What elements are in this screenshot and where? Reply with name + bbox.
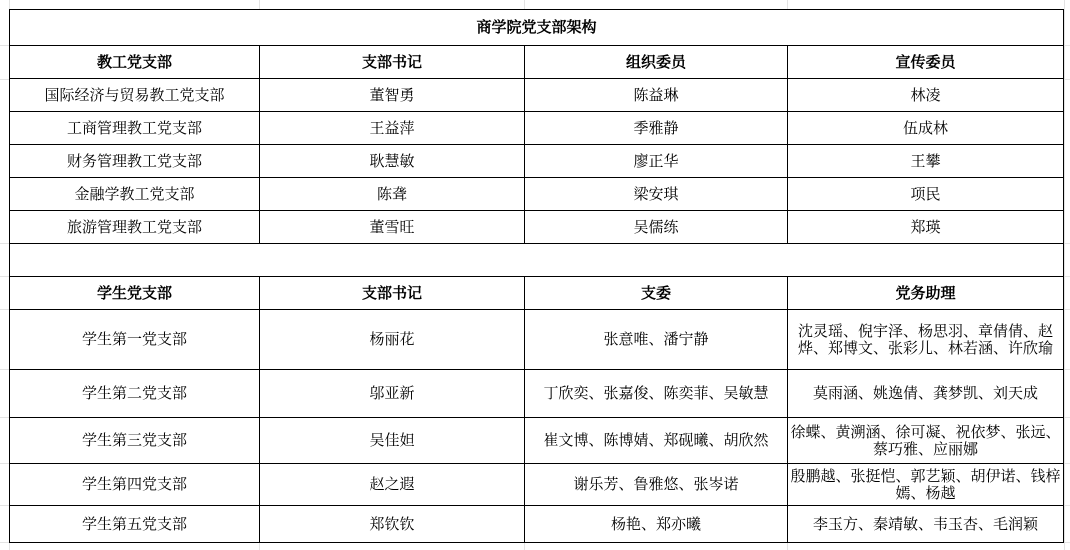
cell-organizer[interactable]: 梁安琪 [525,178,788,211]
table-row: 工商管理教工党支部 王益萍 季雅静 伍成林 [10,112,1064,145]
cell-secretary[interactable]: 耿慧敏 [260,145,525,178]
cell-branch[interactable]: 工商管理教工党支部 [10,112,260,145]
cell-branch[interactable]: 学生第四党支部 [10,464,260,506]
cell-assistants[interactable]: 李玉方、秦靖敏、韦玉杏、毛润颖 [788,506,1064,543]
table-row: 财务管理教工党支部 耿慧敏 廖正华 王攀 [10,145,1064,178]
cell-organizer[interactable]: 季雅静 [525,112,788,145]
cell-committee[interactable]: 谢乐芳、鲁雅悠、张岑诺 [525,464,788,506]
cell-committee[interactable]: 丁欣奕、张嘉俊、陈奕菲、吴敏慧 [525,370,788,418]
sheet-title[interactable]: 商学院党支部架构 [10,10,1064,46]
cell-branch[interactable]: 学生第五党支部 [10,506,260,543]
table-row: 学生第五党支部 郑钦钦 杨艳、郑亦曦 李玉方、秦靖敏、韦玉杏、毛润颖 [10,506,1064,543]
spacer-row [10,244,1064,277]
cell-publicity[interactable]: 郑瑛 [788,211,1064,244]
cell-committee[interactable]: 张意唯、潘宁静 [525,310,788,370]
cell-assistants[interactable]: 莫雨涵、姚逸倩、龚梦凯、刘天成 [788,370,1064,418]
cell-secretary[interactable]: 赵之遐 [260,464,525,506]
cell-organizer[interactable]: 廖正华 [525,145,788,178]
header-assistants[interactable]: 党务助理 [788,277,1064,310]
cell-branch[interactable]: 学生第二党支部 [10,370,260,418]
cell-assistants[interactable]: 徐蝶、黄溯涵、徐可凝、祝依梦、张远、蔡巧雅、应丽娜 [788,418,1064,464]
cell-branch[interactable]: 学生第一党支部 [10,310,260,370]
header-publicity[interactable]: 宣传委员 [788,46,1064,79]
faculty-header-row: 教工党支部 支部书记 组织委员 宣传委员 [10,46,1064,79]
cell-secretary[interactable]: 郑钦钦 [260,506,525,543]
cell-publicity[interactable]: 伍成林 [788,112,1064,145]
cell-secretary[interactable]: 董雪旺 [260,211,525,244]
table-row: 学生第四党支部 赵之遐 谢乐芳、鲁雅悠、张岑诺 殷鹏越、张挺恺、郭艺颖、胡伊诺、… [10,464,1064,506]
cell-organizer[interactable]: 陈益琳 [525,79,788,112]
header-secretary[interactable]: 支部书记 [260,46,525,79]
table-row: 旅游管理教工党支部 董雪旺 吴儒练 郑瑛 [10,211,1064,244]
cell-publicity[interactable]: 王攀 [788,145,1064,178]
header-secretary[interactable]: 支部书记 [260,277,525,310]
cell-branch[interactable]: 旅游管理教工党支部 [10,211,260,244]
cell-secretary[interactable]: 邬亚新 [260,370,525,418]
cell-branch[interactable]: 金融学教工党支部 [10,178,260,211]
student-header-row: 学生党支部 支部书记 支委 党务助理 [10,277,1064,310]
cell-branch[interactable]: 学生第三党支部 [10,418,260,464]
header-organizer[interactable]: 组织委员 [525,46,788,79]
cell-secretary[interactable]: 董智勇 [260,79,525,112]
table-row: 国际经济与贸易教工党支部 董智勇 陈益琳 林凌 [10,79,1064,112]
cell-secretary[interactable]: 吴佳妲 [260,418,525,464]
empty-merged-cell[interactable] [10,244,1064,277]
cell-assistants[interactable]: 殷鹏越、张挺恺、郭艺颖、胡伊诺、钱梓嫣、杨越 [788,464,1064,506]
table-row: 学生第一党支部 杨丽花 张意唯、潘宁静 沈灵瑶、倪宇泽、杨思羽、章倩倩、赵烨、郑… [10,310,1064,370]
table-row: 学生第二党支部 邬亚新 丁欣奕、张嘉俊、陈奕菲、吴敏慧 莫雨涵、姚逸倩、龚梦凯、… [10,370,1064,418]
party-branch-structure-table: 商学院党支部架构 教工党支部 支部书记 组织委员 宣传委员 国际经济与贸易教工党… [9,9,1064,543]
header-committee[interactable]: 支委 [525,277,788,310]
table-row: 学生第三党支部 吴佳妲 崔文博、陈博婧、郑砚曦、胡欣然 徐蝶、黄溯涵、徐可凝、祝… [10,418,1064,464]
header-faculty-branch[interactable]: 教工党支部 [10,46,260,79]
header-student-branch[interactable]: 学生党支部 [10,277,260,310]
cell-secretary[interactable]: 王益萍 [260,112,525,145]
cell-publicity[interactable]: 项民 [788,178,1064,211]
table-row: 金融学教工党支部 陈聋 梁安琪 项民 [10,178,1064,211]
cell-organizer[interactable]: 吴儒练 [525,211,788,244]
cell-committee[interactable]: 崔文博、陈博婧、郑砚曦、胡欣然 [525,418,788,464]
cell-secretary[interactable]: 杨丽花 [260,310,525,370]
cell-committee[interactable]: 杨艳、郑亦曦 [525,506,788,543]
cell-branch[interactable]: 国际经济与贸易教工党支部 [10,79,260,112]
cell-publicity[interactable]: 林凌 [788,79,1064,112]
cell-assistants[interactable]: 沈灵瑶、倪宇泽、杨思羽、章倩倩、赵烨、郑博文、张彩儿、林若涵、许欣瑜 [788,310,1064,370]
cell-branch[interactable]: 财务管理教工党支部 [10,145,260,178]
cell-secretary[interactable]: 陈聋 [260,178,525,211]
